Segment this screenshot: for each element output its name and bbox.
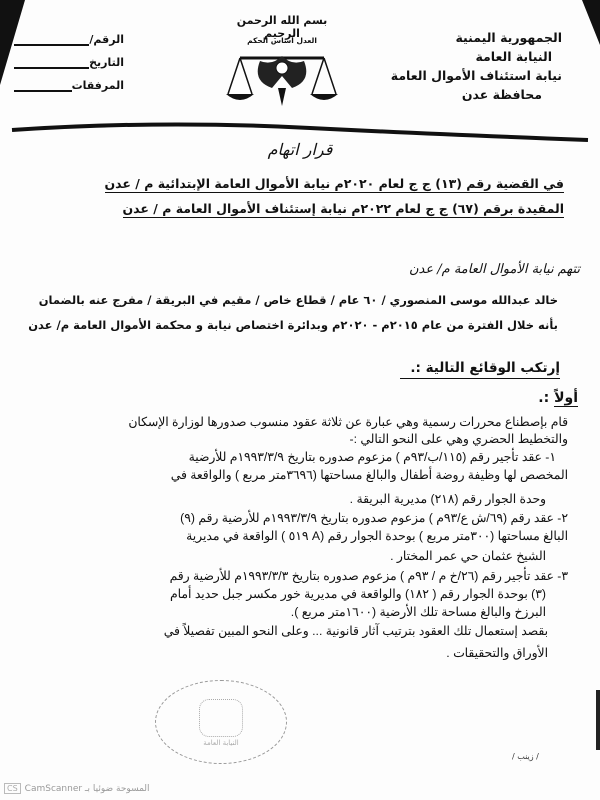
- case-line-appeal: المقيدة برقم (٦٧) ج ج لعام ٢٠٢٢م نيابة إ…: [44, 201, 564, 216]
- accusing-authority: تتهم نيابة الأموال العامة م/ عدن: [409, 262, 580, 277]
- charge-line: (٣) بوحدة الجوار رقم ( ١٨٢) والواقعة في …: [10, 586, 568, 604]
- charge-line: البرزخ والبالغ مساحة تلك الأرضية (١٦٠٠مت…: [10, 604, 568, 622]
- letterhead-line: النيابة العامة: [362, 47, 562, 66]
- scan-shadow-right-edge: [596, 690, 600, 750]
- reference-number-field: الرقم/: [14, 28, 124, 51]
- stamp-text: النيابة العامة: [156, 739, 286, 747]
- charge-number: أولاً: [554, 390, 578, 407]
- case-line-text: في القضية رقم (١٣) ج ج لعام ٢٠٢٠م نيابة …: [105, 176, 564, 193]
- date-field: التاريخ: [14, 51, 124, 74]
- letterhead-line: محافظة عدن: [362, 85, 562, 104]
- charge-line: المخصص لها وظيفة روضة أطفال والبالغ مساح…: [10, 467, 568, 485]
- charge-line: وحدة الجوار رقم (٢١٨) مديرية البريقة .: [10, 491, 568, 509]
- field-label: الرقم/: [89, 28, 124, 51]
- watermark-text: CamScanner المسوحة ضوئيا بـ: [25, 784, 150, 794]
- charge-line: قام بإصطناع محررات رسمية وهي عبارة عن ثل…: [10, 414, 568, 432]
- case-line-text: المقيدة برقم (٦٧) ج ج لعام ٢٠٢٢م نيابة إ…: [123, 201, 564, 218]
- letterhead-authority: الجمهورية اليمنية النيابة العامة نيابة ا…: [362, 28, 562, 104]
- letterhead-line: الجمهورية اليمنية: [362, 28, 562, 47]
- justice-emblem: بسم الله الرحمن الرحيم العدل أساس الحكم: [222, 6, 342, 110]
- charge-line: البالغ مساحتها (٣٠٠متر مربع ) بوحدة الجو…: [10, 528, 568, 546]
- field-blank-line: [14, 90, 72, 92]
- charge-line: الشيخ عثمان حي عمر المختار .: [10, 548, 568, 566]
- scales-eagle-icon: [222, 6, 342, 110]
- camscanner-watermark: CS CamScanner المسوحة ضوئيا بـ: [4, 783, 150, 794]
- scan-shadow-top-right: [582, 0, 600, 45]
- charge-suffix: :.: [538, 390, 549, 406]
- letterhead-line: نيابة استئناف الأموال العامة: [362, 66, 562, 85]
- typist-initials: / زينب /: [512, 752, 539, 761]
- contract-item-3: ٣- عقد تأجير رقم (٢٦/خ م / ٩٣م ) مزعوم ص…: [10, 568, 568, 586]
- official-stamp: النيابة العامة: [155, 680, 287, 764]
- stamp-emblem-icon: [199, 699, 243, 737]
- charge-line: والتخطيط الحضري وهي على النحو التالي :-: [10, 431, 568, 449]
- defendant-details: خالد عبدالله موسى المنصوري / ٦٠ عام / قط…: [8, 293, 558, 307]
- case-line-primary: في القضية رقم (١٣) ج ج لعام ٢٠٢٠م نيابة …: [44, 176, 564, 191]
- first-charge-label: أولاً :.: [538, 390, 578, 406]
- contract-item-2: ٢- عقد رقم (٦٩/ش ع/٩٣م ) مزعوم صدوره بتا…: [10, 510, 568, 528]
- charge-line: بقصد إستعمال تلك العقود بترتيب آثار قانو…: [10, 623, 568, 641]
- field-label: المرفقات: [72, 74, 124, 97]
- facts-heading: إرتكب الوقائع التالية :.: [400, 360, 560, 379]
- document-title: قرار اتهام: [220, 140, 380, 159]
- letterhead-reference-fields: الرقم/ التاريخ المرفقات: [14, 28, 124, 97]
- field-blank-line: [14, 67, 89, 69]
- charge-line: الأوراق والتحقيقات .: [10, 645, 568, 663]
- offense-period-jurisdiction: بأنه خلال الفترة من عام ٢٠١٥م - ٢٠٢٠م وب…: [8, 318, 558, 332]
- attachments-field: المرفقات: [14, 74, 124, 97]
- contract-item-1: ١- عقد تأجير رقم (١١٥/ب/٩٣م ) مزعوم صدور…: [10, 449, 568, 467]
- camscanner-logo-icon: CS: [4, 783, 21, 794]
- field-blank-line: [14, 44, 89, 46]
- field-label: التاريخ: [89, 51, 124, 74]
